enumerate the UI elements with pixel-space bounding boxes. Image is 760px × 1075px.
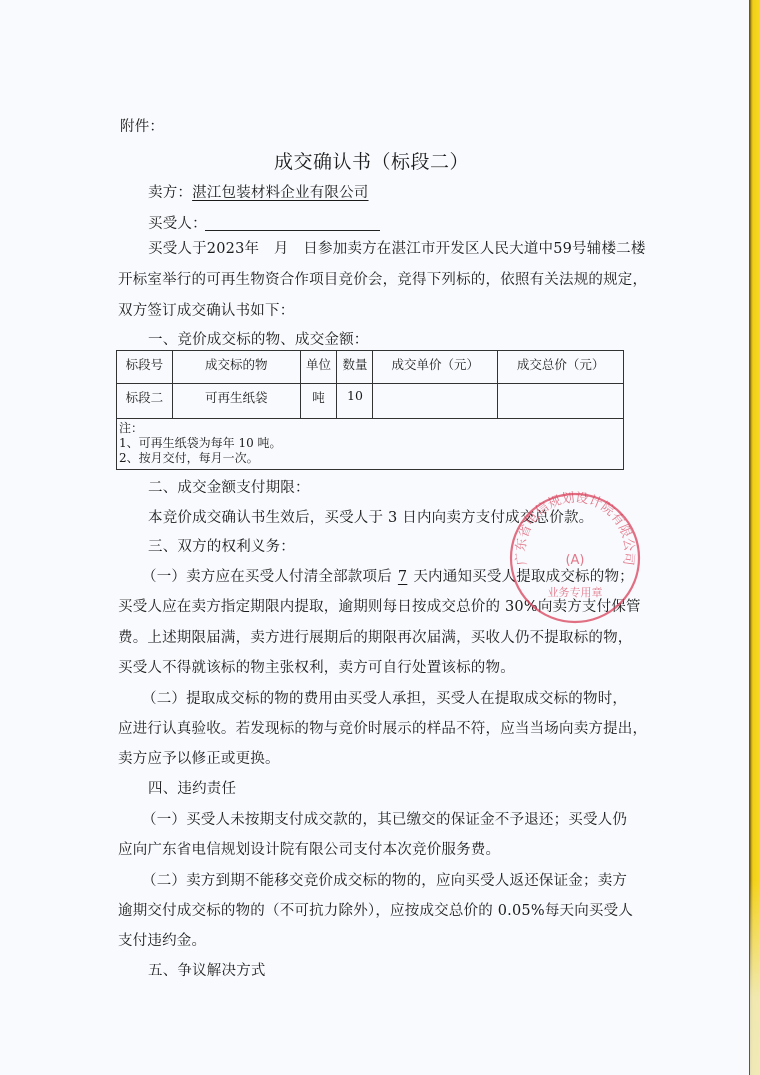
cell-unit: 吨	[300, 384, 337, 419]
page-edge-fade	[750, 880, 760, 1075]
seller-label: 卖方：	[148, 185, 192, 201]
svg-text:业务专用章: 业务专用章	[548, 585, 603, 599]
header-total-price: 成交总价（元）	[498, 351, 624, 384]
table-row: 标段二 可再生纸袋 吨 10	[117, 384, 624, 419]
section4-clause1-line2: 应向广东省电信规划设计院有限公司支付本次竞价服务费。	[118, 841, 500, 859]
seller-line: 卖方：湛江包装材料企业有限公司	[148, 184, 369, 202]
note-2: 2、按月交付，每月一次。	[119, 451, 621, 466]
section4-clause1-line1: （一）买受人未按期支付成交款的，其已缴交的保证金不予退还；买受人仍	[142, 811, 627, 829]
header-unit: 单位	[300, 351, 337, 384]
section1-heading: 一、竞价成交标的物、成交金额：	[148, 331, 369, 349]
header-unit-price: 成交单价（元）	[373, 351, 498, 384]
notify-days: 7	[392, 569, 413, 585]
svg-text:广东省电信规划设计院有限公司: 广东省电信规划设计院有限公司	[514, 490, 637, 566]
attachment-label: 附件：	[120, 118, 164, 136]
section3-clause1-line2: 买受人应在卖方指定期限内提取，逾期则每日按成交总价的 30%向卖方支付保管	[118, 598, 641, 616]
section4-heading: 四、违约责任	[148, 780, 236, 798]
section5-heading: 五、争议解决方式	[148, 962, 266, 980]
section3-clause2-line3: 卖方应予以修正或更换。	[118, 750, 280, 768]
cell-quantity: 10	[337, 384, 373, 419]
buyer-label: 买受人：	[148, 216, 207, 232]
section4-clause2-line3: 支付违约金。	[118, 932, 206, 950]
table-header-row: 标段号 成交标的物 单位 数量 成交单价（元） 成交总价（元）	[117, 351, 624, 384]
section2-body: 本竞价成交确认书生效后，买受人于 3 日内向卖方支付成交总价款。	[148, 509, 593, 527]
buyer-blank-field	[205, 230, 380, 231]
section3-clause2-line1: （二）提取成交标的物的费用由买受人承担，买受人在提取成交标的物时，	[142, 690, 627, 708]
cell-item: 可再生纸袋	[172, 384, 300, 419]
bid-result-table: 标段号 成交标的物 单位 数量 成交单价（元） 成交总价（元） 标段二 可再生纸…	[116, 350, 624, 470]
header-lot-no: 标段号	[117, 351, 173, 384]
intro-line-2: 开标室举行的可再生物资合作项目竞价会，竞得下列标的，依照有关法规的规定，	[118, 271, 647, 289]
section3-heading: 三、双方的权利义务：	[148, 538, 295, 556]
header-item: 成交标的物	[172, 351, 300, 384]
cell-lot-no: 标段二	[117, 384, 173, 419]
page-title: 成交确认书（标段二）	[274, 150, 469, 174]
section3-clause1-line3: 费。上述期限届满，卖方进行展期后的期限再次届满，买收人仍不提取标的物，	[118, 629, 633, 647]
section4-clause2-line1: （二）卖方到期不能移交竞价成交标的物的，应向买受人返还保证金；卖方	[142, 872, 627, 890]
notes-label: 注：	[119, 421, 621, 436]
section3-clause2-line2: 应进行认真验收。若发现标的物与竞价时展示的样品不符，应当当场向卖方提出，	[118, 720, 647, 738]
cell-total-price	[498, 384, 624, 419]
table-notes-row: 注： 1、可再生纸袋为每年 10 吨。 2、按月交付，每月一次。	[117, 419, 624, 470]
section4-clause2-line2: 逾期交付成交标的物的（不可抗力除外），应按成交总价的 0.05%每天向买受人	[118, 902, 633, 920]
section3-clause1-line4: 买受人不得就该标的物主张权利，卖方可自行处置该标的物。	[118, 659, 515, 677]
cell-unit-price	[373, 384, 498, 419]
section3-clause1-line1: （一）卖方应在买受人付清全部款项后7天内通知买受人提取成交标的物；	[142, 568, 634, 586]
header-quantity: 数量	[337, 351, 373, 384]
svg-text:(A): (A)	[565, 553, 584, 568]
intro-line-3: 双方签订成交确认书如下：	[118, 302, 294, 320]
intro-line-1: 买受人于2023年 月 日参加卖方在湛江市开发区人民大道中59号辅楼二楼	[148, 240, 646, 258]
clause1-suffix: 天内通知买受人提取成交标的物；	[413, 569, 634, 585]
table-notes: 注： 1、可再生纸袋为每年 10 吨。 2、按月交付，每月一次。	[117, 419, 624, 470]
seller-name: 湛江包装材料企业有限公司	[192, 185, 368, 201]
buyer-line: 买受人：	[148, 215, 207, 233]
note-1: 1、可再生纸袋为每年 10 吨。	[119, 436, 621, 451]
clause1-prefix: （一）卖方应在买受人付清全部款项后	[142, 569, 392, 585]
section2-heading: 二、成交金额支付期限：	[148, 479, 310, 497]
document-page: 附件： 成交确认书（标段二） 卖方：湛江包装材料企业有限公司 买受人： 买受人于…	[0, 0, 750, 1075]
